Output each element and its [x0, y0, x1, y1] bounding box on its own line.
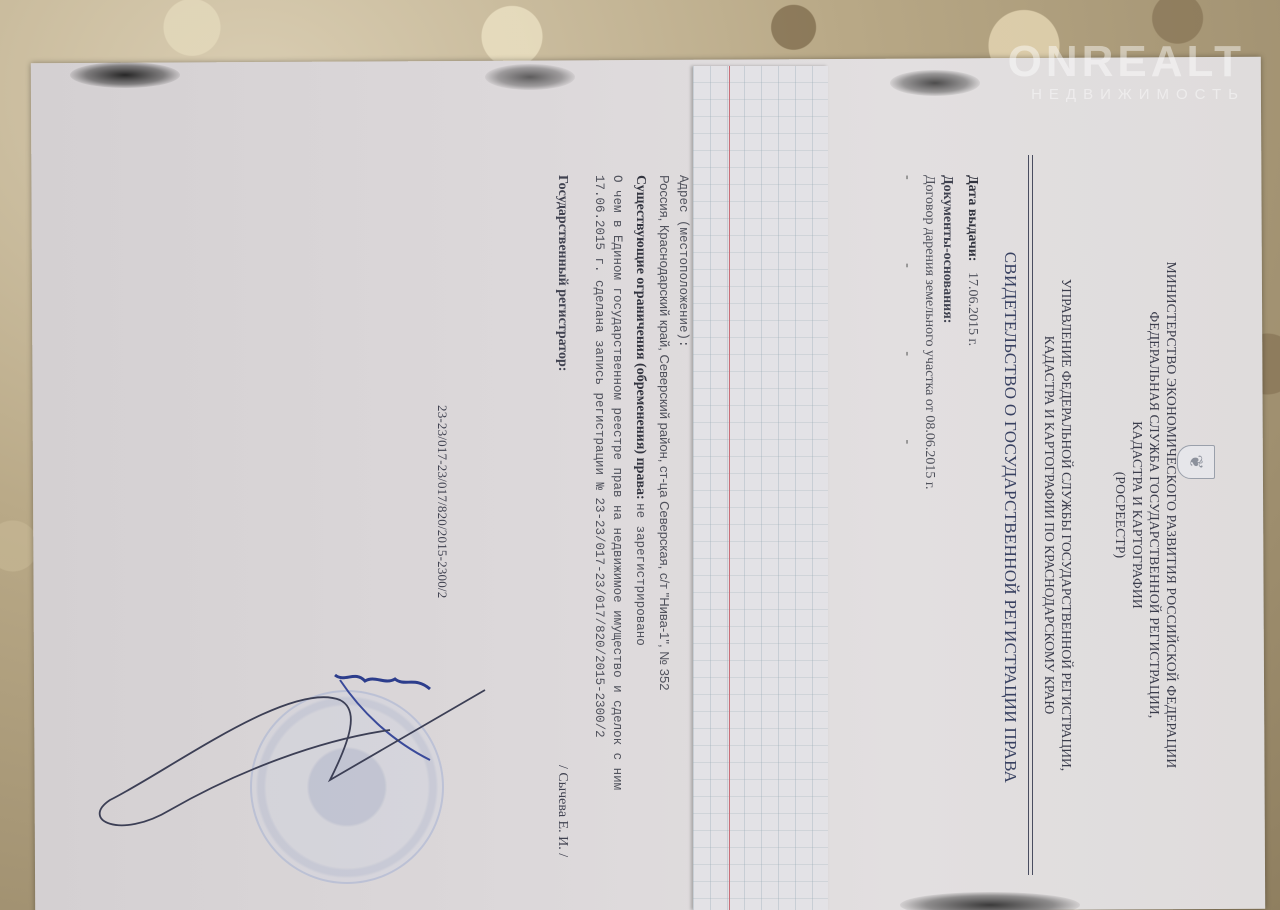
basis-docs: Договор дарения земельного участка от 08…: [921, 175, 937, 490]
basis-docs-label: Документы-основания:: [939, 175, 955, 323]
department-header: УПРАВЛЕНИЕ ФЕДЕРАЛЬНОЙ СЛУЖБЫ ГОСУДАРСТВ…: [1041, 145, 1075, 905]
issue-date-row: Дата выдачи: 17.06.2015 г.: [964, 175, 980, 346]
dashes: - - - -: [899, 175, 915, 484]
encumbrance: не зарегистрировано: [633, 503, 647, 646]
scan-smudge: [890, 70, 980, 96]
grid-paper-strip: [693, 66, 828, 910]
title-divider: [1028, 155, 1033, 875]
registrar-name: / Сычева Е. И. /: [554, 765, 570, 857]
issue-date: 17.06.2015 г.: [965, 272, 980, 346]
margin-line: [729, 66, 730, 910]
signature: [90, 650, 490, 880]
scan-smudge: [70, 62, 180, 88]
watermark: ONREALT НЕДВИЖИМОСТЬ: [1008, 40, 1245, 103]
address: Россия, Краснодарский край, Северский ра…: [657, 175, 672, 690]
russian-coat-of-arms-icon: ❦: [1177, 445, 1215, 479]
address-label: Адрес (местоположение):: [676, 175, 690, 348]
scan-smudge: [485, 64, 575, 90]
record-line: О чем в Едином государственном реестре п…: [610, 175, 624, 790]
encumbrance-row: Существующие ограничения (обременения) п…: [632, 175, 648, 646]
footer-record-number: 23-23/017-23/017/820/2015-2300/2: [434, 405, 450, 598]
registrar-label: Государственный регистратор:: [554, 175, 570, 371]
ministry-header: МИНИСТЕРСТВО ЭКОНОМИЧЕСКОГО РАЗВИТИЯ РОС…: [1112, 145, 1180, 885]
record-line: 17.06.2015 г. сделана запись регистрации…: [592, 175, 606, 738]
certificate-title: СВИДЕТЕЛЬСТВО О ГОСУДАРСТВЕННОЙ РЕГИСТРА…: [1000, 145, 1020, 890]
